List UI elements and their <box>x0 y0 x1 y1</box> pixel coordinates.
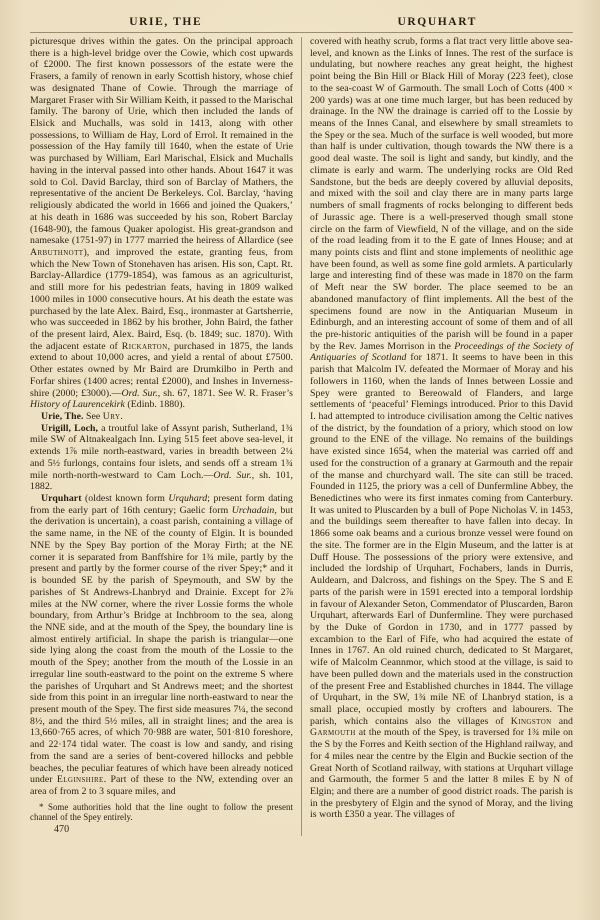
small-caps-reference: Rickarton <box>122 341 168 352</box>
left-column: picturesque drives within the gates. On … <box>30 36 293 836</box>
small-caps-reference: Arbuthnott <box>30 247 83 258</box>
small-caps-reference: Elginshire <box>57 774 104 785</box>
book-page: URIE, THE URQUHART picturesque drives wi… <box>0 0 600 920</box>
body-text: covered with heathy scrub, forms a flat … <box>310 36 573 352</box>
column-divider-rule <box>301 37 302 836</box>
paragraph: covered with heathy scrub, forms a flat … <box>310 36 573 821</box>
paragraph: Urigill, Loch, a troutful lake of Assynt… <box>30 423 293 493</box>
body-text: for 1871. It seems to have been in this … <box>310 352 573 726</box>
body-text: , sh. 67, 1871. See W. R. Fraser’s <box>158 388 293 399</box>
body-text: ), and improved the estate, granting feu… <box>30 247 293 352</box>
left-column-text: picturesque drives within the gates. On … <box>30 36 293 798</box>
body-text: (Edinb. 1880). <box>125 399 185 410</box>
body-text: . <box>120 411 123 422</box>
body-text: picturesque drives within the gates. On … <box>30 36 293 246</box>
italic-text: Ord. Sur. <box>213 470 251 481</box>
italic-text: History of Laurencekirk <box>30 399 125 410</box>
entry-headword: Urquhart <box>41 493 82 504</box>
body-text: and <box>552 716 573 727</box>
running-head-left: URIE, THE <box>30 16 302 28</box>
paragraph: Urquhart (oldest known form Urquhard; pr… <box>30 493 293 798</box>
body-text: (oldest known form <box>82 493 169 504</box>
right-column-text: covered with heathy scrub, forms a flat … <box>310 36 573 821</box>
body-text: , but the derivation is uncertain), a co… <box>30 505 293 786</box>
paragraph: * Some authorities hold that the line ou… <box>30 802 293 823</box>
footnote: * Some authorities hold that the line ou… <box>30 802 293 823</box>
running-head-row: URIE, THE URQUHART <box>30 16 573 28</box>
body-text: at the mouth of the Spey, is traversed f… <box>310 727 573 820</box>
small-caps-reference: Garmouth <box>310 727 356 738</box>
right-column: covered with heathy scrub, forms a flat … <box>310 36 573 836</box>
running-head-right: URQUHART <box>302 16 574 28</box>
text-columns: picturesque drives within the gates. On … <box>30 36 573 836</box>
italic-text: Urquhard <box>168 493 207 504</box>
paragraph: picturesque drives within the gates. On … <box>30 36 293 411</box>
italic-text: Ord. Sur. <box>122 388 158 399</box>
paragraph: Urie, The. See Ury. <box>30 411 293 423</box>
small-caps-reference: Ury <box>103 411 121 422</box>
entry-headword: Urigill, Loch, <box>41 423 98 434</box>
small-caps-reference: Kingston <box>511 716 552 727</box>
body-text: See <box>84 411 103 422</box>
italic-text: Urchadain <box>232 505 275 516</box>
page-number: 470 <box>54 824 293 836</box>
body-text: * Some authorities hold that the line ou… <box>30 802 293 823</box>
header-rule <box>30 32 573 33</box>
entry-headword: Urie, The. <box>41 411 84 422</box>
